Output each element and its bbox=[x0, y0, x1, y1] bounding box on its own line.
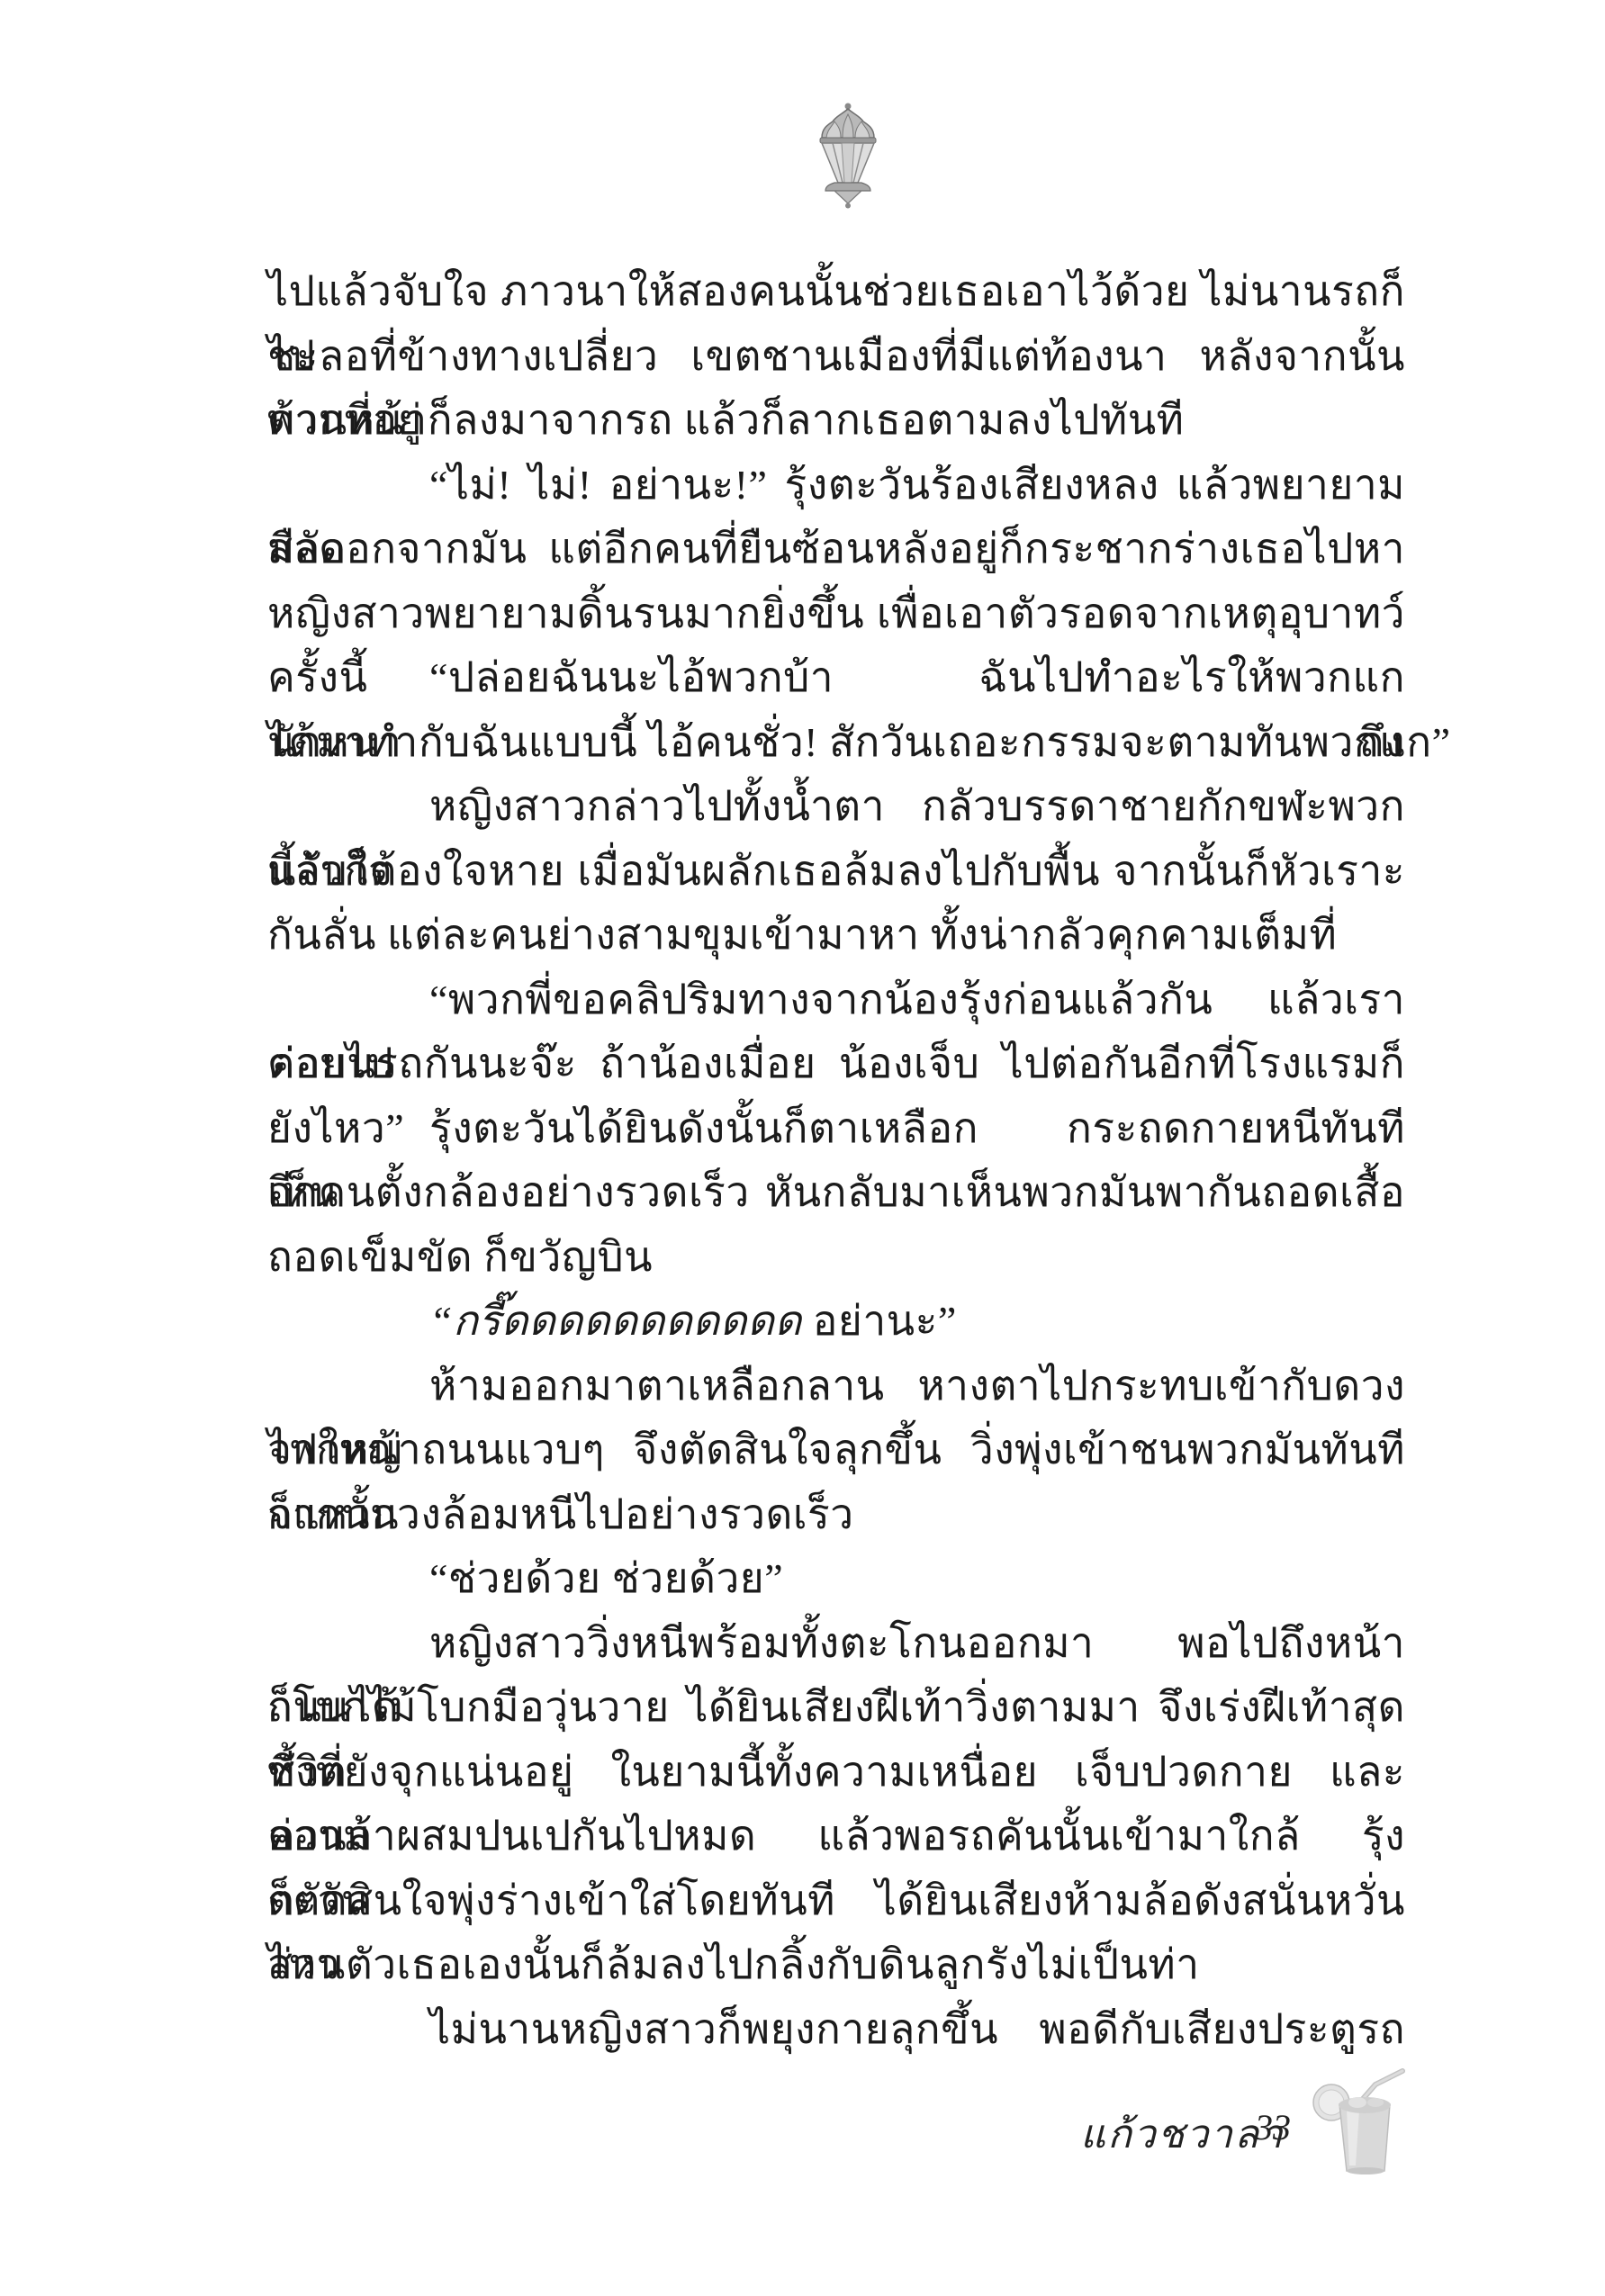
text-line: รุ้งตะวันได้ยินดังนั้นก็ตาเหลือก กระถดกา… bbox=[267, 1096, 1405, 1161]
text-line: ไปแล้วจับใจ ภาวนาให้สองคนนั้นช่วยเธอเอาไ… bbox=[267, 259, 1405, 324]
text-line: แล้วก็ต้องใจหาย เมื่อมันผลักเธอล้มลงไปกั… bbox=[267, 839, 1405, 904]
text-line: “ช่วยด้วย ช่วยด้วย” bbox=[267, 1546, 1405, 1611]
text-line: “พวกพี่ขอคลิปริมทางจากน้องรุ้งก่อนแล้วกั… bbox=[267, 968, 1405, 1032]
scream-text-regular: อย่านะ” bbox=[802, 1298, 957, 1344]
book-title: แก้วชวาลา bbox=[1080, 2102, 1285, 2165]
text-line: อ่อนล้าผสมปนเปกันไปหมด แล้วพอรถคันนั้นเข… bbox=[267, 1804, 1405, 1868]
text-line: จากหน้าถนนแวบๆ จึงตัดสินใจลุกขึ้น วิ่งพุ… bbox=[267, 1418, 1405, 1482]
text-line: ทั้งที่ยังจุกแน่นอยู่ ในยามนี้ทั้งความเห… bbox=[267, 1740, 1405, 1805]
text-line: หญิงสาวกล่าวไปทั้งน้ำตา กลัวบรรดาชายกักข… bbox=[267, 774, 1405, 839]
text-line: ถอดเข็มขัด ก็ขวัญบิน bbox=[267, 1225, 1405, 1290]
text-line: หญิงสาวพยายามดิ้นรนมากยิ่งขึ้น เพื่อเอาต… bbox=[267, 581, 1405, 646]
text-line: ด้านหน้าก็ลงมาจากรถ แล้วก็ลากเธอตามลงไปท… bbox=[267, 388, 1405, 453]
text-line: ส่วนตัวเธอเองนั้นก็ล้มลงไปกลิ้งกับดินลูก… bbox=[267, 1932, 1405, 1997]
scream-text-italic: “กรี๊ดดดดดดดดดดด bbox=[429, 1298, 802, 1344]
text-line: ก็ตัดสินใจพุ่งร่างเข้าใส่โดยทันที ได้ยิน… bbox=[267, 1868, 1405, 1933]
text-line: ก็แหวกวงล้อมหนีไปอย่างรวดเร็ว bbox=[267, 1482, 1405, 1547]
text-line: ห้ามออกมาตาเหลือกลาน หางตาไปกระทบเข้ากับ… bbox=[267, 1354, 1405, 1418]
drink-glass-icon bbox=[1307, 2063, 1408, 2176]
text-line-scream: “กรี๊ดดดดดดดดดดด อย่านะ” bbox=[267, 1289, 1405, 1354]
text-line: หญิงสาววิ่งหนีพร้อมทั้งตะโกนออกมา พอไปถึ… bbox=[267, 1611, 1405, 1676]
text-line: “ปล่อยฉันนะไอ้พวกบ้า ฉันไปทำอะไรให้พวกแก… bbox=[267, 645, 1405, 710]
text-line: มือออกจากมัน แต่อีกคนที่ยืนซ้อนหลังอยู่ก… bbox=[267, 517, 1405, 581]
page-number: 33 bbox=[1255, 2106, 1291, 2148]
text-line: ได้มาทำกับฉันแบบนี้ ไอ้คนชั่ว! สักวันเถอ… bbox=[267, 710, 1405, 775]
book-page: ไปแล้วจับใจ ภาวนาให้สองคนนั้นช่วยเธอเอาไ… bbox=[0, 0, 1605, 2296]
text-line: ก็โบกไม้โบกมือวุ่นวาย ได้ยินเสียงฝีเท้าว… bbox=[267, 1675, 1405, 1740]
text-line: กันลั่น แต่ละคนย่างสามขุมเข้ามาหา ทั้งน่… bbox=[267, 903, 1405, 968]
text-line: ชะลอที่ข้างทางเปลี่ยว เขตชานเมืองที่มีแต… bbox=[267, 324, 1405, 389]
text-line: ต่อบนรถกันนะจ๊ะ ถ้าน้องเมื่อย น้องเจ็บ ไ… bbox=[267, 1031, 1405, 1096]
text-line: อีกคนตั้งกล้องอย่างรวดเร็ว หันกลับมาเห็น… bbox=[267, 1160, 1405, 1225]
body-text: ไปแล้วจับใจ ภาวนาให้สองคนนั้นช่วยเธอเอาไ… bbox=[267, 259, 1405, 2061]
lantern-icon bbox=[815, 101, 881, 211]
text-line: “ไม่! ไม่! อย่านะ!” รุ้งตะวันร้องเสียงหล… bbox=[267, 453, 1405, 518]
text-line: ไม่นานหญิงสาวก็พยุงกายลุกขึ้น พอดีกับเสี… bbox=[267, 1997, 1405, 2062]
